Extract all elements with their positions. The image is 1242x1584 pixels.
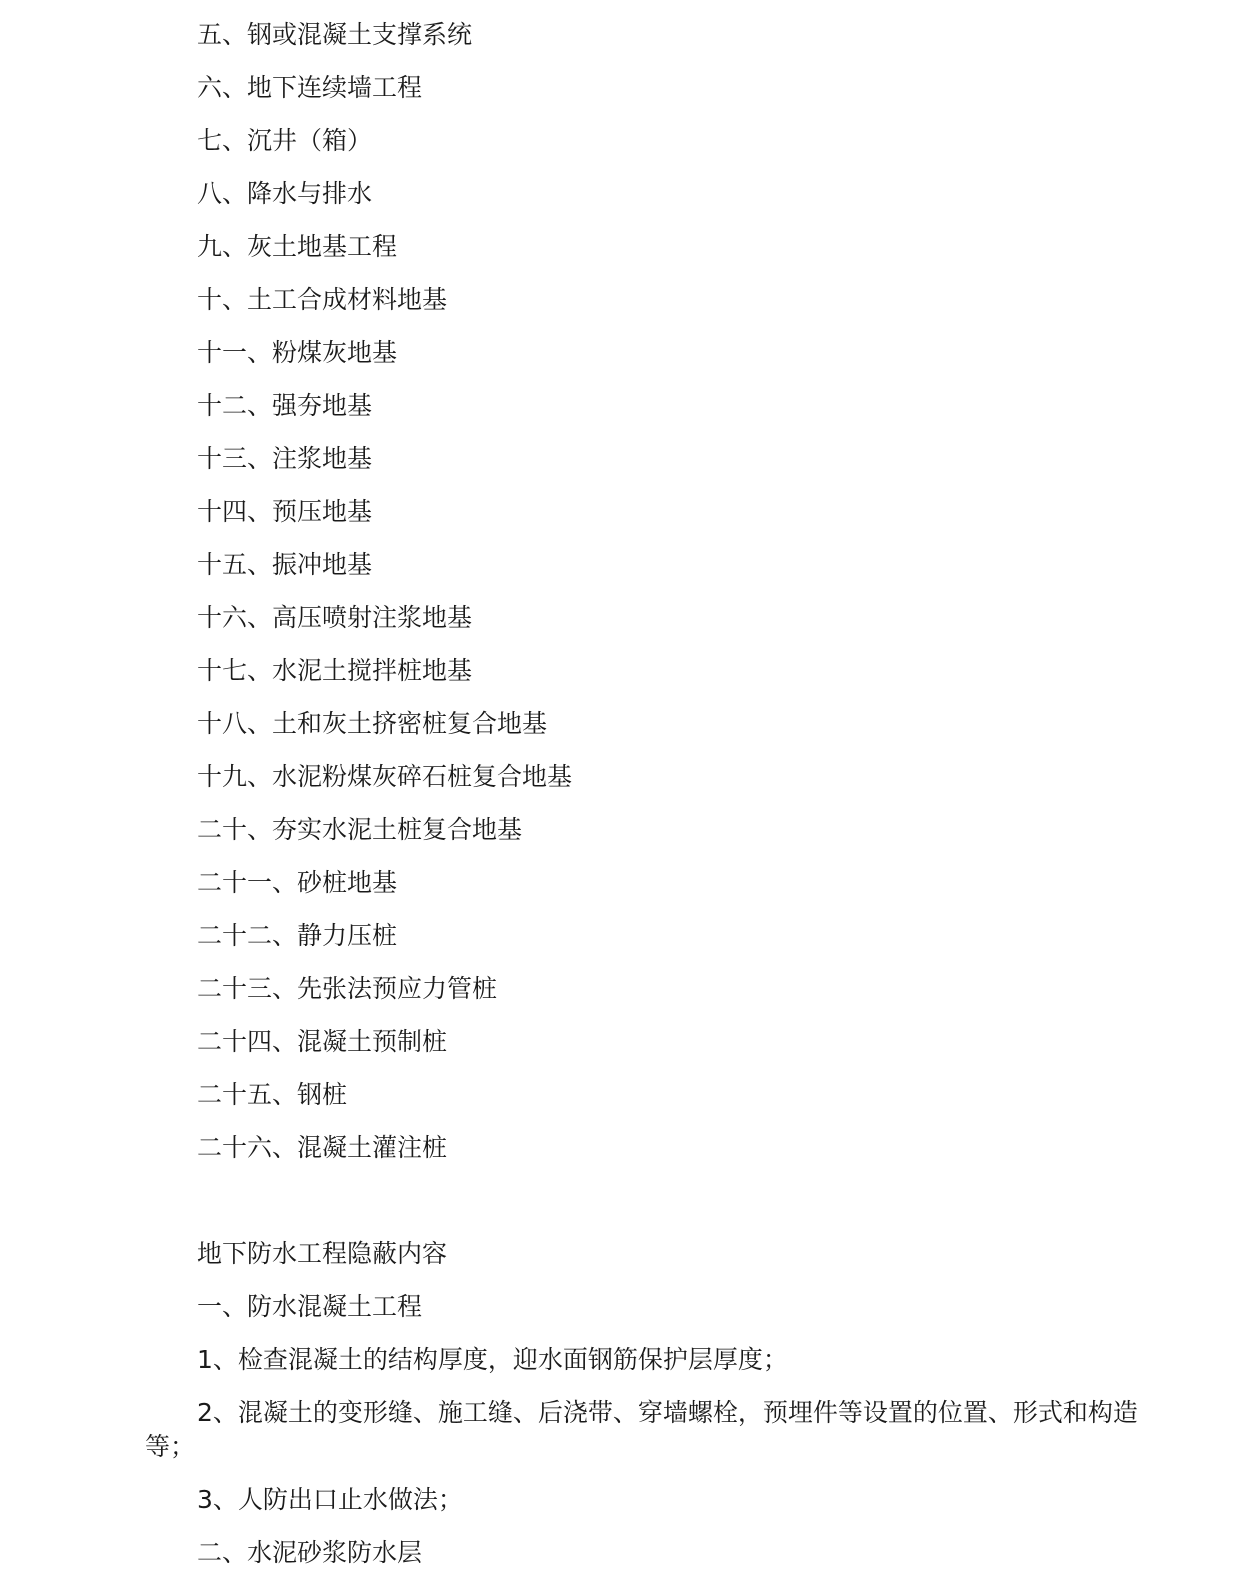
text-line: 二十四、混凝土预制桩 bbox=[145, 1025, 1104, 1059]
paragraph: 二十二、静力压桩 bbox=[145, 919, 1104, 953]
paragraph: 1、检查混凝土的结构厚度，迎水面钢筋保护层厚度； bbox=[145, 1343, 1104, 1377]
text-line: 3、人防出口止水做法； bbox=[145, 1483, 1104, 1517]
text-line: 十六、高压喷射注浆地基 bbox=[145, 601, 1104, 635]
paragraph: 十一、粉煤灰地基 bbox=[145, 336, 1104, 370]
paragraph: 八、降水与排水 bbox=[145, 177, 1104, 211]
text-line: 二、水泥砂浆防水层 bbox=[145, 1536, 1104, 1570]
text-line: 十、土工合成材料地基 bbox=[145, 283, 1104, 317]
text-line: 地下防水工程隐蔽内容 bbox=[145, 1237, 1104, 1271]
paragraph: 十四、预压地基 bbox=[145, 495, 1104, 529]
text-line: 二十五、钢桩 bbox=[145, 1078, 1104, 1112]
document-content: 五、钢或混凝土支撑系统六、地下连续墙工程七、沉井（箱）八、降水与排水九、灰土地基… bbox=[0, 0, 1242, 1570]
paragraph: 十五、振冲地基 bbox=[145, 548, 1104, 582]
paragraph: 二、水泥砂浆防水层 bbox=[145, 1536, 1104, 1570]
paragraph: 2、混凝土的变形缝、施工缝、后浇带、穿墙螺栓，预埋件等设置的位置、形式和构造等； bbox=[145, 1396, 1104, 1464]
paragraph: 十八、土和灰土挤密桩复合地基 bbox=[145, 707, 1104, 741]
text-line: 十三、注浆地基 bbox=[145, 442, 1104, 476]
paragraph: 五、钢或混凝土支撑系统 bbox=[145, 18, 1104, 52]
paragraph: 六、地下连续墙工程 bbox=[145, 71, 1104, 105]
paragraph: 十九、水泥粉煤灰碎石桩复合地基 bbox=[145, 760, 1104, 794]
text-line: 一、防水混凝土工程 bbox=[145, 1290, 1104, 1324]
text-line: 1、检查混凝土的结构厚度，迎水面钢筋保护层厚度； bbox=[145, 1343, 1104, 1377]
text-line: 六、地下连续墙工程 bbox=[145, 71, 1104, 105]
text-line: 二十二、静力压桩 bbox=[145, 919, 1104, 953]
text-line: 十四、预压地基 bbox=[145, 495, 1104, 529]
paragraph: 九、灰土地基工程 bbox=[145, 230, 1104, 264]
text-line: 九、灰土地基工程 bbox=[145, 230, 1104, 264]
text-line: 十九、水泥粉煤灰碎石桩复合地基 bbox=[145, 760, 1104, 794]
text-line: 2、混凝土的变形缝、施工缝、后浇带、穿墙螺栓，预埋件等设置的位置、形式和构造 bbox=[145, 1396, 1104, 1430]
paragraph: 二十四、混凝土预制桩 bbox=[145, 1025, 1104, 1059]
paragraph: 十二、强夯地基 bbox=[145, 389, 1104, 423]
text-line: 十七、水泥土搅拌桩地基 bbox=[145, 654, 1104, 688]
paragraph: 二十五、钢桩 bbox=[145, 1078, 1104, 1112]
paragraph: 十三、注浆地基 bbox=[145, 442, 1104, 476]
text-line: 七、沉井（箱） bbox=[145, 124, 1104, 158]
paragraph: 二十三、先张法预应力管桩 bbox=[145, 972, 1104, 1006]
text-line: 八、降水与排水 bbox=[145, 177, 1104, 211]
paragraph: 一、防水混凝土工程 bbox=[145, 1290, 1104, 1324]
paragraph: 地下防水工程隐蔽内容 bbox=[145, 1237, 1104, 1271]
text-line: 五、钢或混凝土支撑系统 bbox=[145, 18, 1104, 52]
text-line: 等； bbox=[145, 1430, 1104, 1464]
paragraph: 二十、夯实水泥土桩复合地基 bbox=[145, 813, 1104, 847]
paragraph: 二十六、混凝土灌注桩 bbox=[145, 1131, 1104, 1165]
paragraph: 十六、高压喷射注浆地基 bbox=[145, 601, 1104, 635]
document-page: 五、钢或混凝土支撑系统六、地下连续墙工程七、沉井（箱）八、降水与排水九、灰土地基… bbox=[0, 0, 1242, 1584]
text-line: 十二、强夯地基 bbox=[145, 389, 1104, 423]
text-line: 二十、夯实水泥土桩复合地基 bbox=[145, 813, 1104, 847]
text-line: 十一、粉煤灰地基 bbox=[145, 336, 1104, 370]
text-line: 二十三、先张法预应力管桩 bbox=[145, 972, 1104, 1006]
paragraph: 十、土工合成材料地基 bbox=[145, 283, 1104, 317]
paragraph: 二十一、砂桩地基 bbox=[145, 866, 1104, 900]
text-line: 二十一、砂桩地基 bbox=[145, 866, 1104, 900]
text-line: 十八、土和灰土挤密桩复合地基 bbox=[145, 707, 1104, 741]
text-line: 二十六、混凝土灌注桩 bbox=[145, 1131, 1104, 1165]
blank-line bbox=[145, 1184, 1104, 1218]
text-line: 十五、振冲地基 bbox=[145, 548, 1104, 582]
paragraph: 七、沉井（箱） bbox=[145, 124, 1104, 158]
paragraph: 3、人防出口止水做法； bbox=[145, 1483, 1104, 1517]
paragraph: 十七、水泥土搅拌桩地基 bbox=[145, 654, 1104, 688]
